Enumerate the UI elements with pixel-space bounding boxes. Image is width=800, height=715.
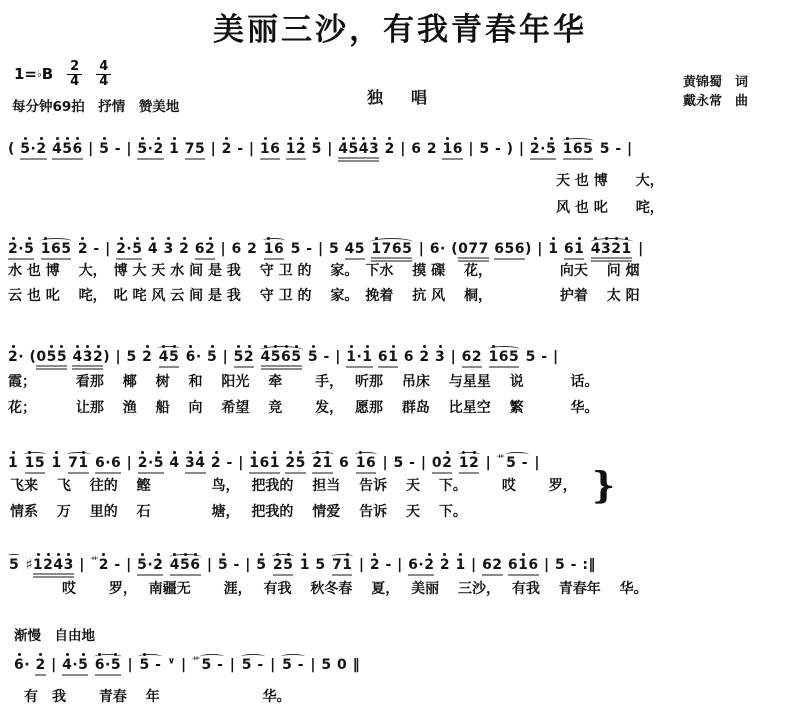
- system-1-lyrics-verse1: 天 也 博 大，: [556, 170, 664, 190]
- lyricist-name: 黄锦蜀: [683, 75, 722, 90]
- composer-credit: 戴永常 曲: [683, 93, 748, 112]
- system-4-lyrics-verse1: 飞来 飞 往的 鲣 鸟， 把我的 担当 告诉 天 下。 哎 罗，: [10, 475, 577, 495]
- system-6-lyrics: 有 我 青春 年 华。: [24, 686, 291, 706]
- credits: 黄锦蜀 词 戴永常 曲: [683, 74, 748, 112]
- composer-name: 戴永常: [683, 94, 722, 109]
- system-2-notation: 2·5 165 2 - | 2·5 4 3 2 62 | 6 2 16 5 - …: [8, 230, 800, 257]
- composer-role: 曲: [735, 94, 748, 109]
- system-3-lyrics-verse1: 霞； 看那 椰 树 和 阳光 牵 手， 听那 吊床 与星星 说 话。: [8, 371, 599, 391]
- system-4-notation: 1 15 1 71 6·6 | 2·5 4 34 2 - | 161 25 21…: [8, 444, 800, 471]
- lyricist-role: 词: [735, 75, 748, 90]
- system-3-lyrics-verse2: 花； 让那 渔 船 向 希望 竞 发， 愿那 群岛 比星空 繁 华。: [8, 397, 599, 417]
- verse-grouping-brace: }: [592, 468, 615, 504]
- system-3-notation: 2· (055 432) | 5 2 45 6· 5 | 52 4565 5 -…: [8, 338, 800, 365]
- system-2-lyrics-verse2: 云 也 叱 咤， 叱 咤 风 云 间 是 我 守 卫 的 家。 挽着 抗 风 桐…: [8, 285, 640, 305]
- lyricist-credit: 黄锦蜀 词: [683, 74, 748, 93]
- system-1-lyrics-verse2: 风 也 叱 咤，: [556, 197, 664, 217]
- time-sig-1-numerator: 2: [67, 60, 82, 75]
- system-1-notation: ( 5·2 456 | 5 - | 5·2 1 75 | 2 - | 16 12…: [8, 130, 800, 157]
- system-5-notation: 5 ♯1243 | 艹2 - | 5·2 456 | 5 - | 5 25 1 …: [8, 546, 800, 573]
- key-prefix: 1=: [14, 65, 37, 83]
- system-4-lyrics-verse2: 情系 万 里的 石 塘， 把我的 情爱 告诉 天 下。: [10, 501, 467, 521]
- closing-tempo-marking: 渐慢 自由地: [14, 624, 95, 644]
- time-sig-2-numerator: 4: [96, 60, 111, 75]
- performance-type: 独 唱: [0, 85, 800, 108]
- system-6-notation: 6· 2 | 4·5 6·5 | 5 - ∨ | 艹5 - | 5 - | 5 …: [14, 646, 800, 673]
- song-title: 美丽三沙，有我青春年华: [0, 4, 800, 49]
- system-5-lyrics: 哎 罗， 南疆无 涯， 有我 秋冬春 夏， 美丽 三沙， 有我 青春年 华。: [62, 578, 648, 598]
- key-note: B: [42, 65, 53, 83]
- system-2-lyrics-verse1: 水 也 博 大， 博 大 天 水 间 是 我 守 卫 的 家。 下水 摸 磲 花…: [8, 260, 640, 280]
